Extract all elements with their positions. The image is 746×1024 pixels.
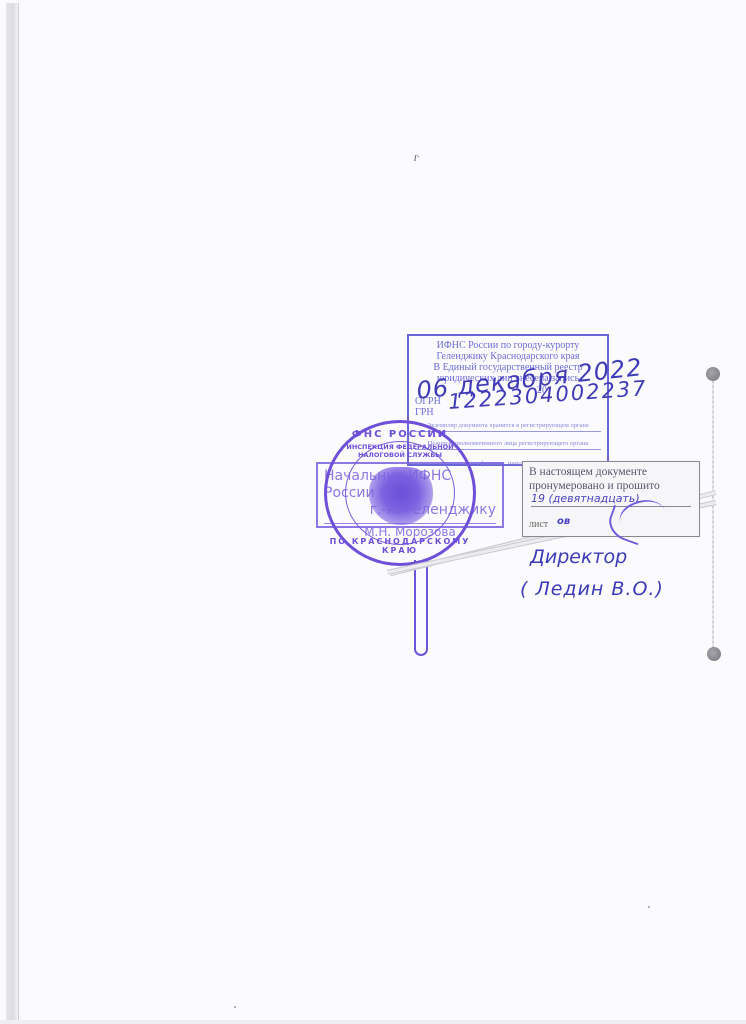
handwritten-sheet-count: 19 (девятнадцать): [531, 492, 691, 507]
document-page: г ИФНС России по городу-курорту Геленджи…: [0, 0, 746, 1024]
scan-speck: [648, 906, 650, 908]
double-headed-eagle-icon: [369, 467, 433, 525]
handwritten-sheets-suffix: ов: [557, 515, 570, 529]
binding-label-line2: пронумеровано и прошито: [529, 479, 693, 493]
punch-hole-bottom: [707, 647, 721, 661]
tax-office-round-seal: ФНС РОССИИ ИНСПЕКЦИЯ ФЕДЕРАЛЬНОЙ НАЛОГОВ…: [324, 420, 476, 566]
seal-top-text: ФНС РОССИИ: [327, 429, 473, 440]
authority-line: ИФНС России по городу-курорту: [409, 340, 607, 351]
scan-speck: [234, 1006, 236, 1008]
seal-signature-stroke: [414, 560, 428, 656]
binding-left-edge: [6, 3, 19, 1021]
seal-bottom-text: ПО КРАСНОДАРСКОМУ КРАЮ: [327, 537, 473, 555]
handwritten-position: Директор: [530, 546, 627, 568]
binding-label-line1: В настоящем документе: [529, 465, 693, 479]
punch-hole-top: [706, 367, 720, 381]
seal-sub-text: ИНСПЕКЦИЯ ФЕДЕРАЛЬНОЙ НАЛОГОВОЙ СЛУЖБЫ: [327, 443, 473, 459]
page-bottom-edge: [0, 1020, 746, 1024]
handwritten-signatory-name: ( Ледин В.О.): [520, 578, 664, 600]
corner-mark: г: [413, 150, 420, 166]
binding-thread: [712, 378, 714, 650]
sheets-label: лист: [529, 518, 548, 532]
